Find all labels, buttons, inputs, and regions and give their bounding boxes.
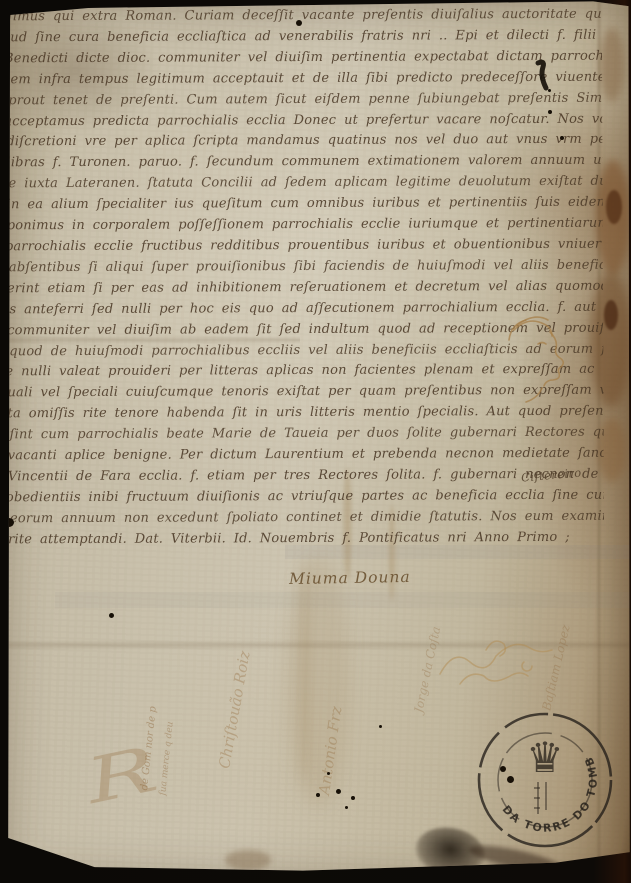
ink-speck xyxy=(379,725,382,728)
later-inscription: Miuma Douna xyxy=(289,568,411,588)
manuscript-line: prout tenet de preſenti. Cum autem ſicut… xyxy=(8,88,604,112)
stain xyxy=(606,190,622,224)
manuscript-line: acceptamus predicta parrochialis ecclia … xyxy=(6,109,601,133)
scan-band xyxy=(55,592,631,608)
manuscript-line: abſentibus ſi aliqui ſuper prouiſionibus… xyxy=(9,256,604,280)
ink-speck xyxy=(109,613,114,618)
manuscript-text: ſimus qui extra Roman. Curiam deceſſit v… xyxy=(6,5,604,574)
ink-speck xyxy=(345,806,348,809)
manuscript-line: erint etiam ſi per eas ad inhibitionem r… xyxy=(7,276,603,300)
faded-signature: ſua merce q deu xyxy=(158,721,176,796)
manuscript-line: in ea alium ſpecialiter ius queſitum cum… xyxy=(7,193,603,217)
ink-drip-stain xyxy=(300,560,310,780)
manuscript-line: vacanti aplice benigne. Per dictum Laure… xyxy=(8,444,604,468)
manuscript-photo: ſimus qui extra Roman. Curiam deceſſit v… xyxy=(0,0,631,883)
stamp-crown-icon: ♛ xyxy=(526,733,564,782)
faded-signature: Antonio Frz xyxy=(315,705,345,796)
manuscript-line: lud ſine cura beneficia eccliaſtica ad v… xyxy=(6,26,602,50)
manuscript-line: libras f. Turonen. paruo. f. ſecundum co… xyxy=(6,151,602,175)
manuscript-line: eorum annuum non excedunt ſpoliato conti… xyxy=(10,506,604,530)
faded-signature: Chriſtouão Roiz xyxy=(215,650,253,770)
ink-speck xyxy=(336,789,341,794)
pen-mark xyxy=(532,58,554,94)
manuscript-line: rite attemptandi. Dat. Viterbii. Id. Nou… xyxy=(8,527,604,551)
profile-face-doodle xyxy=(494,310,582,404)
flourish-doodle xyxy=(428,612,560,704)
manuscript-line: e iuxta Lateranen. ſtatuta Concilii ad ſ… xyxy=(8,172,604,196)
manuscript-line: diſcretioni vre per aplica ſcripta manda… xyxy=(6,130,602,154)
parchment-page: ſimus qui extra Roman. Curiam deceſſit v… xyxy=(0,0,631,883)
manuscript-line: Benedicti dicte dioc. communiter vel diu… xyxy=(6,47,600,71)
stain xyxy=(600,28,624,102)
manuscript-line: ſint cum parrochialis beate Marie de Tau… xyxy=(10,423,605,447)
ink-speck xyxy=(351,796,355,800)
faded-signature: R xyxy=(80,732,164,818)
manuscript-line: lem infra tempus legitimum acceptauit et… xyxy=(6,67,602,91)
manuscript-line: obedientiis inibi fructuum diuiſionis ac… xyxy=(6,486,602,510)
manuscript-line: ta omiſſis rite tenore habenda ſit in ur… xyxy=(8,402,604,426)
stain xyxy=(604,300,618,330)
manuscript-line: ſimus qui extra Roman. Curiam deceſſit v… xyxy=(8,5,604,28)
manuscript-line: parrochialis ecclie fructibus redditibus… xyxy=(6,235,601,259)
manuscript-line: ponimus in corporalem poſſeſſionem parro… xyxy=(7,214,603,238)
archive-stamp: ♛ DA TORRE DO TOMBO xyxy=(468,702,626,854)
ink-smudge xyxy=(225,850,271,870)
manuscript-line: Vincentii de Fara ecclia. f. etiam per t… xyxy=(8,465,604,489)
